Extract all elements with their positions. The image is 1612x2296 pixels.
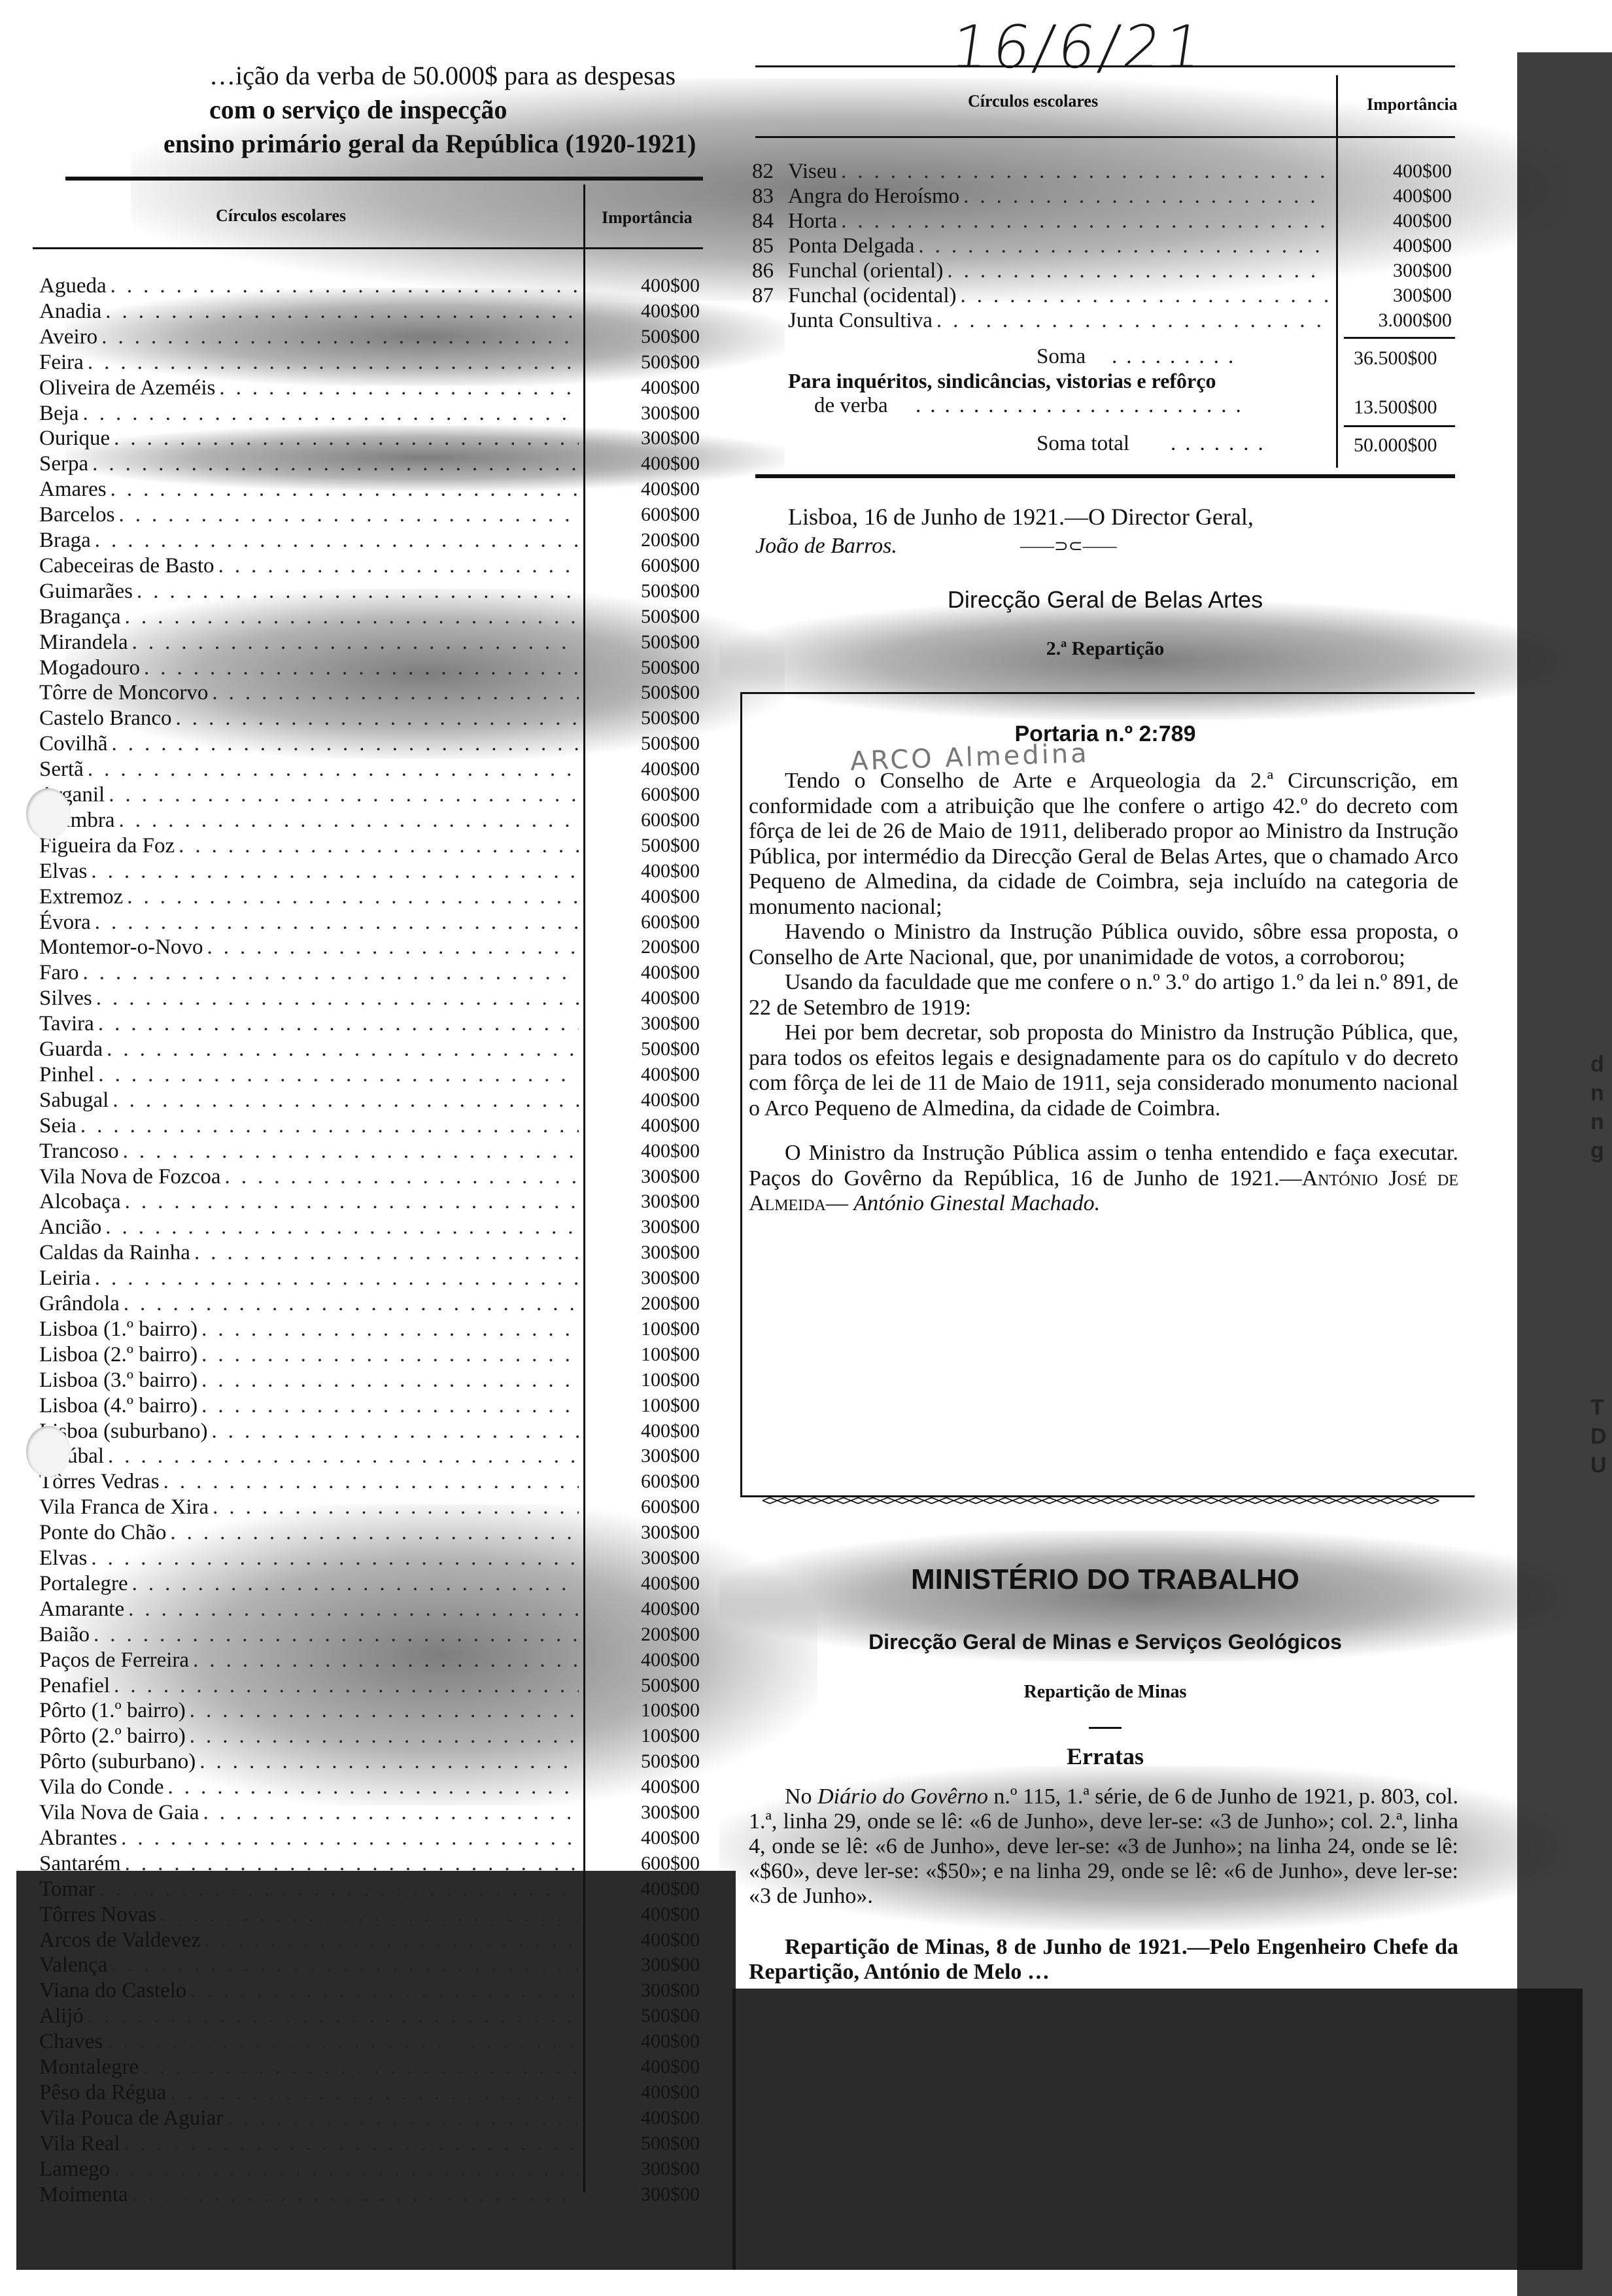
leader-dots: ........................................… xyxy=(107,1954,579,1976)
circle-name: Ponta Delgada xyxy=(788,235,914,257)
circle-amount: 400$00 xyxy=(608,1115,700,1137)
table-row: Castelo Branco..........................… xyxy=(39,707,579,729)
table-row: Penafiel................................… xyxy=(39,1675,579,1697)
leader-dots: ........................................… xyxy=(172,707,579,729)
circle-amount: 400$00 xyxy=(608,275,700,297)
table-row: Oliveira de Azeméis.....................… xyxy=(39,377,579,399)
circle-name: Vila Nova de Fozcoa xyxy=(39,1166,221,1188)
table-row: Agueda..................................… xyxy=(39,275,579,297)
circle-amount: 400$00 xyxy=(608,453,700,475)
punch-hole xyxy=(26,1426,71,1477)
table-row: Baião...................................… xyxy=(39,1624,579,1646)
circle-amount: 400$00 xyxy=(1360,235,1452,257)
table-row: 84Horta.................................… xyxy=(752,210,1328,232)
circle-amount: 300$00 xyxy=(608,1267,700,1289)
table-row: Abrantes................................… xyxy=(39,1827,579,1849)
circle-amount: 500$00 xyxy=(608,835,700,857)
leader-dots: ........................................… xyxy=(175,835,579,857)
circle-amount: 500$00 xyxy=(608,2132,700,2155)
circle-name: Pôrto (2.º bairro) xyxy=(39,1725,186,1747)
leader-dots: ........................................… xyxy=(110,427,579,449)
circle-amount: 400$00 xyxy=(1360,210,1452,232)
table-row: Lisboa (2.º bairro).....................… xyxy=(39,1344,579,1366)
leader-dots: ........................................… xyxy=(97,326,579,348)
circle-amount: 100$00 xyxy=(608,1369,700,1391)
circle-name: Castelo Branco xyxy=(39,707,172,729)
left-col-header-name: Círculos escolares xyxy=(216,206,346,226)
circle-amount: 400$00 xyxy=(608,1827,700,1849)
circle-amount: 300$00 xyxy=(608,2158,700,2180)
circle-amount: 500$00 xyxy=(608,1750,700,1773)
right-table-header-rule xyxy=(755,136,1455,138)
table-row: Cabeceiras de Basto.....................… xyxy=(39,555,579,577)
edge-letter: D xyxy=(1590,1422,1607,1451)
scan-dark-region xyxy=(1517,52,1612,2296)
belas-artes-subheading: 2.ª Repartição xyxy=(752,636,1458,662)
circle-name: Caldas da Rainha xyxy=(39,1242,190,1264)
circle-name: Faro xyxy=(39,962,79,984)
leader-dots: ........................................… xyxy=(128,1573,579,1595)
circle-number: 84 xyxy=(752,210,788,232)
circle-amount: 100$00 xyxy=(608,1318,700,1340)
leader-dots: ........................................… xyxy=(91,911,579,933)
table-row: Guimarães...............................… xyxy=(39,580,579,602)
circle-amount: 100$00 xyxy=(608,1395,700,1417)
leader-dots: ........................................… xyxy=(186,1979,579,2002)
circle-amount: 100$00 xyxy=(608,1699,700,1722)
leader-dots: ........................................… xyxy=(959,185,1328,207)
portaria-paragraph: Tendo o Conselho de Arte e Arqueologia d… xyxy=(749,769,1458,920)
circle-amount: 400$00 xyxy=(608,962,700,984)
circle-name: Mirandela xyxy=(39,631,128,653)
leader-dots: ........................................… xyxy=(117,1827,579,1849)
leader-dots: ........................................… xyxy=(221,1166,579,1188)
circle-amount: 500$00 xyxy=(608,707,700,729)
circle-amount: 300$00 xyxy=(608,1979,700,2002)
handwritten-date: 16/6/21 xyxy=(947,13,1211,82)
table-row: Setúbal.................................… xyxy=(39,1445,579,1467)
table-row: Tavira..................................… xyxy=(39,1013,579,1035)
table-row: Vila Real...............................… xyxy=(39,2132,579,2155)
leader-dots: ........................................… xyxy=(196,1750,579,1773)
leader-dots: ........................................… xyxy=(203,936,579,958)
table-row: Bragança................................… xyxy=(39,606,579,628)
circle-amount: 600$00 xyxy=(608,1470,700,1493)
circle-name: Agueda xyxy=(39,275,107,297)
circle-name: Feira xyxy=(39,351,84,374)
leader-dots: ........................................… xyxy=(166,2081,579,2104)
circle-name: Pinhel xyxy=(39,1064,94,1086)
circle-amount: 400$00 xyxy=(608,1904,700,1926)
table-row: Arcos de Valdevez.......................… xyxy=(39,1929,579,1951)
circle-amount: 400$00 xyxy=(608,1929,700,1951)
leader-dots: ........................................… xyxy=(105,784,579,806)
leader-dots: ........................................… xyxy=(197,1369,579,1391)
leader-dots: ........................................… xyxy=(114,504,579,526)
circle-amount: 300$00 xyxy=(1360,260,1452,282)
adjacent-page-fragments: T D U xyxy=(1590,1393,1607,1480)
soma-rule xyxy=(1344,337,1455,339)
circle-amount: 500$00 xyxy=(608,351,700,374)
table-row: Caldas da Rainha........................… xyxy=(39,1242,579,1264)
leader-dots: ........................................… xyxy=(109,1089,579,1111)
leader-dots: ........................................… xyxy=(84,758,579,780)
left-table-divider xyxy=(583,184,585,2193)
soma-label: Soma xyxy=(1037,343,1086,370)
circle-name: Barcelos xyxy=(39,504,114,526)
leader-dots: ........................................… xyxy=(208,1420,579,1442)
leader-dots: ........................................… xyxy=(199,1801,579,1824)
circle-name: Seia xyxy=(39,1115,77,1137)
circle-amount: 300$00 xyxy=(608,1013,700,1035)
table-row: Guarda..................................… xyxy=(39,1038,579,1060)
circle-name: Tavira xyxy=(39,1013,94,1035)
table-row: Montalegre..............................… xyxy=(39,2056,579,2078)
circle-name: Lisboa (3.º bairro) xyxy=(39,1369,197,1391)
circle-name: Amarante xyxy=(39,1598,124,1620)
circle-name: Bragança xyxy=(39,606,121,628)
table-row: Valença.................................… xyxy=(39,1954,579,1976)
leader-dots: ........................................… xyxy=(84,2005,579,2027)
circle-amount: 400$00 xyxy=(608,300,700,322)
circle-amount: 500$00 xyxy=(608,657,700,679)
leader-dots: ........................................… xyxy=(95,1878,579,1900)
extra-label-2: de verba xyxy=(814,392,888,419)
table-row: Chaves..................................… xyxy=(39,2030,579,2053)
circle-name: Cabeceiras de Basto xyxy=(39,555,214,577)
circle-amount: 300$00 xyxy=(608,1242,700,1264)
circle-amount: 300$00 xyxy=(608,1166,700,1188)
table-row: Ponte do Chão...........................… xyxy=(39,1522,579,1544)
circle-name: Alcobaça xyxy=(39,1191,121,1213)
leader-dots: ........................................… xyxy=(133,580,579,602)
circle-amount: 400$00 xyxy=(608,860,700,882)
circle-name: Paços de Ferreira xyxy=(39,1649,189,1671)
table-row: Lisboa (4.º bairro).....................… xyxy=(39,1395,579,1417)
table-row: Seia....................................… xyxy=(39,1115,579,1137)
leader-dots: ........................................… xyxy=(128,631,579,653)
leader-dots: ........................................… xyxy=(186,1725,579,1747)
circle-amount: 300$00 xyxy=(608,1522,700,1544)
leader-dots: ........................................… xyxy=(114,809,579,831)
total-value: 50.000$00 xyxy=(1354,432,1437,459)
circle-amount: 200$00 xyxy=(608,1624,700,1646)
circle-name: Funchal (oriental) xyxy=(788,260,943,282)
circle-amount: 400$00 xyxy=(608,1420,700,1442)
leader-dots: ........................................… xyxy=(120,1293,579,1315)
circle-name: Guimarães xyxy=(39,580,133,602)
table-row: Covilhã.................................… xyxy=(39,733,579,755)
table-row: Faro....................................… xyxy=(39,962,579,984)
leader-dots: ........................................… xyxy=(92,987,579,1009)
circle-name: Mogadouro xyxy=(39,657,140,679)
table-row: Pinhel..................................… xyxy=(39,1064,579,1086)
circle-amount: 500$00 xyxy=(608,326,700,348)
circle-name: Vila Pouca de Aguiar xyxy=(39,2107,223,2129)
circle-name: Lisboa (1.º bairro) xyxy=(39,1318,197,1340)
table-row: Elvas...................................… xyxy=(39,1547,579,1569)
circle-name: Covilhã xyxy=(39,733,108,755)
belas-artes-heading: Direcção Geral de Belas Artes xyxy=(752,587,1458,613)
circle-name: Trancoso xyxy=(39,1140,119,1162)
circle-name: Funchal (ocidental) xyxy=(788,285,957,307)
leader-dots: ........................................… xyxy=(214,555,579,577)
table-row: Amares..................................… xyxy=(39,478,579,500)
table-row: Tôrre de Moncorvo.......................… xyxy=(39,682,579,704)
leader-dots: ........................................… xyxy=(201,1929,579,1951)
extra-value: 13.500$00 xyxy=(1354,394,1437,421)
circle-amount: 400$00 xyxy=(608,1649,700,1671)
table-row: Silves..................................… xyxy=(39,987,579,1009)
left-table-title: …ição da verba de 50.000$ para as despes… xyxy=(163,59,713,161)
leader-dots: ........................................… xyxy=(107,275,579,297)
circle-name: Vila do Conde xyxy=(39,1776,164,1798)
circle-name: Extremoz xyxy=(39,886,123,908)
leader-dots: ........................................… xyxy=(121,606,579,628)
circle-amount: 400$00 xyxy=(608,1573,700,1595)
circle-number: 86 xyxy=(752,260,788,282)
left-col-header-value: Importância xyxy=(602,208,693,228)
circle-amount: 600$00 xyxy=(608,555,700,577)
circle-name: Abrantes xyxy=(39,1827,117,1849)
table-row: Alcobaça................................… xyxy=(39,1191,579,1213)
circle-amount: 300$00 xyxy=(608,1954,700,1976)
punch-hole xyxy=(26,788,71,839)
table-row: Vila Nova de Fozcoa.....................… xyxy=(39,1166,579,1188)
table-row: Viana do Castelo........................… xyxy=(39,1979,579,2002)
circle-name: Beja xyxy=(39,402,78,425)
circle-amount: 600$00 xyxy=(608,911,700,933)
leader-dots: ........................................… xyxy=(121,1852,579,1875)
circle-amount: 600$00 xyxy=(608,1496,700,1518)
circle-amount: 600$00 xyxy=(608,809,700,831)
circle-amount: 300$00 xyxy=(608,1801,700,1824)
table-row: Évora...................................… xyxy=(39,911,579,933)
circle-number: 83 xyxy=(752,185,788,207)
circle-name: Alijó xyxy=(39,2005,84,2027)
circle-amount: 400$00 xyxy=(608,2030,700,2053)
circle-name: Ancião xyxy=(39,1216,101,1238)
circle-amount: 400$00 xyxy=(608,758,700,780)
circle-name: Anadia xyxy=(39,300,101,322)
portaria-body: Tendo o Conselho de Arte e Arqueologia d… xyxy=(749,769,1458,1217)
leader-dots: ........................................… xyxy=(186,1699,579,1722)
table-row: Alijó...................................… xyxy=(39,2005,579,2027)
leader-dots: ........................................… xyxy=(101,1216,579,1238)
table-row: Leiria..................................… xyxy=(39,1267,579,1289)
circle-amount: 500$00 xyxy=(608,682,700,704)
circle-name: Ponte do Chão xyxy=(39,1522,166,1544)
table-row: Lisboa (3.º bairro).....................… xyxy=(39,1369,579,1391)
table-row: 82Viseu.................................… xyxy=(752,160,1328,183)
right-table-bottom-rule xyxy=(755,474,1455,478)
circle-amount: 300$00 xyxy=(608,427,700,449)
circle-name: Tomar xyxy=(39,1878,95,1900)
table-row: Junta Consultiva........................… xyxy=(752,309,1328,332)
circle-name: Tôrre de Moncorvo xyxy=(39,682,208,704)
circle-amount: 400$00 xyxy=(608,478,700,500)
table-row: Tôrres Vedras...........................… xyxy=(39,1470,579,1493)
circle-amount: 200$00 xyxy=(608,529,700,551)
circle-amount: 400$00 xyxy=(608,377,700,399)
table-row: 86Funchal (oriental)....................… xyxy=(752,260,1328,282)
leader-dots: ........................................… xyxy=(197,1395,579,1417)
table-row: Feira...................................… xyxy=(39,351,579,374)
circle-amount: 3.000$00 xyxy=(1360,309,1452,332)
portaria-title: Portaria n.º 2:789 xyxy=(752,721,1458,747)
circle-amount: 400$00 xyxy=(608,886,700,908)
leader-dots: ........................................… xyxy=(957,285,1328,307)
circle-name: Pôrto (1.º bairro) xyxy=(39,1699,186,1722)
ministry-heading: MINISTÉRIO DO TRABALHO xyxy=(752,1567,1458,1593)
errata-intro: No xyxy=(785,1784,817,1809)
table-row: Ancião..................................… xyxy=(39,1216,579,1238)
errata-body: No Diário do Govêrno n.º 115, 1.ª série,… xyxy=(749,1784,1458,1985)
portaria-paragraph: Hei por bem decretar, sob proposta do Mi… xyxy=(749,1020,1458,1121)
adjacent-page-fragments: d n n g xyxy=(1590,1050,1604,1165)
circle-amount: 500$00 xyxy=(608,606,700,628)
signoff-signature: João de Barros. xyxy=(755,533,897,559)
errata-signoff: Repartição de Minas, 8 de Junho de 1921.… xyxy=(749,1935,1458,1985)
leader-dots: ........................................… xyxy=(94,1013,579,1035)
erratas-heading: Erratas xyxy=(752,1743,1458,1769)
errata-paragraph: No Diário do Govêrno n.º 115, 1.ª série,… xyxy=(749,1784,1458,1909)
leader-dots: ........................................… xyxy=(160,1470,579,1493)
edge-letter: d xyxy=(1590,1050,1604,1079)
circle-name: Montalegre xyxy=(39,2056,139,2078)
circle-name: Valença xyxy=(39,1954,107,1976)
leader-dots: ........................................… xyxy=(164,1776,579,1798)
title-line-3: ensino primário geral da República (1920… xyxy=(163,127,713,161)
table-row: Sabugal.................................… xyxy=(39,1089,579,1111)
table-row: Barcelos................................… xyxy=(39,504,579,526)
leader-dots: ........................................… xyxy=(77,1115,579,1137)
circle-number: 87 xyxy=(752,285,788,307)
circle-name: Chaves xyxy=(39,2030,103,2053)
circle-name: Elvas xyxy=(39,1547,87,1569)
table-row: Lamego..................................… xyxy=(39,2158,579,2180)
circle-name: Vila Real xyxy=(39,2132,120,2155)
table-row: Mirandela...............................… xyxy=(39,631,579,653)
circle-name: Grândola xyxy=(39,1293,120,1315)
circle-amount: 300$00 xyxy=(608,1547,700,1569)
circle-name: Figueira da Foz xyxy=(39,835,175,857)
leader-dots: ........................................… xyxy=(110,2158,579,2180)
leader-dots: ........................................… xyxy=(128,2183,579,2206)
portaria-closing: O Ministro da Instrução Pública assim o … xyxy=(749,1141,1458,1217)
leader-dots: ........................................… xyxy=(933,309,1328,332)
circle-name: Vila Nova de Gaia xyxy=(39,1801,199,1824)
leader-dots: ........................................… xyxy=(123,886,579,908)
ornamental-divider: <><><><><><><><><><><><><><><><><><><><>… xyxy=(762,1495,1449,1508)
leader-dots: ........................................… xyxy=(91,1267,579,1289)
leader-dots: ........................................… xyxy=(914,235,1328,257)
table-row: Elvas...................................… xyxy=(39,860,579,882)
repartition-heading: Repartição de Minas xyxy=(752,1679,1458,1705)
left-table-header-rule xyxy=(33,247,703,249)
scan-dark-region xyxy=(732,1989,1583,2270)
circle-name: Elvas xyxy=(39,860,87,882)
circle-amount: 600$00 xyxy=(608,1852,700,1875)
leader-dots: ........................................… xyxy=(87,1547,579,1569)
circle-amount: 200$00 xyxy=(608,1293,700,1315)
table-row: Tomar...................................… xyxy=(39,1878,579,1900)
leader-dots: ........................................… xyxy=(121,1191,579,1213)
circle-amount: 300$00 xyxy=(608,1445,700,1467)
leader-dots: ........................................… xyxy=(101,300,579,322)
errata-journal: Diário do Govêrno xyxy=(817,1784,988,1809)
edge-letter: n xyxy=(1590,1079,1604,1107)
circle-amount: 200$00 xyxy=(608,936,700,958)
circle-name: Silves xyxy=(39,987,92,1009)
leader-dots: ........................................… xyxy=(110,1675,579,1697)
circle-name: Viseu xyxy=(788,160,837,183)
circle-name: Montemor-o-Novo xyxy=(39,936,203,958)
table-row: Vila Pouca de Aguiar....................… xyxy=(39,2107,579,2129)
table-row: Ourique.................................… xyxy=(39,427,579,449)
leader-dots: ........................................… xyxy=(208,682,579,704)
circle-name: Braga xyxy=(39,529,91,551)
table-row: Trancoso................................… xyxy=(39,1140,579,1162)
table-row: Pôrto (2.º bairro)......................… xyxy=(39,1725,579,1747)
table-row: Sertã...................................… xyxy=(39,758,579,780)
circle-name: Angra do Heroísmo xyxy=(788,185,959,207)
leader-dots: ........................................… xyxy=(223,2107,579,2129)
soma-dots: ......... xyxy=(1112,343,1243,370)
leader-dots: ........................................… xyxy=(215,377,579,399)
leader-dots: ........................................… xyxy=(90,1624,579,1646)
circle-name: Leiria xyxy=(39,1267,91,1289)
leader-dots: ........................................… xyxy=(140,657,579,679)
leader-dots: ........................................… xyxy=(190,1242,579,1264)
table-row: Braga...................................… xyxy=(39,529,579,551)
right-table-divider xyxy=(1336,75,1338,468)
circle-name: Lamego xyxy=(39,2158,110,2180)
table-row: Beja....................................… xyxy=(39,402,579,425)
circle-amount: 300$00 xyxy=(1360,285,1452,307)
circle-name: Serpa xyxy=(39,453,88,475)
leader-dots: ........................................… xyxy=(197,1344,579,1366)
extra-dots: ....................... xyxy=(916,392,1250,419)
total-rule xyxy=(1344,425,1455,427)
leader-dots: ........................................… xyxy=(837,210,1328,232)
closing-cosigner: António Ginestal Machado. xyxy=(853,1191,1100,1215)
circle-number: 82 xyxy=(752,160,788,183)
table-row: Tôrres Novas............................… xyxy=(39,1904,579,1926)
leader-dots: ........................................… xyxy=(124,1598,579,1620)
table-row: Anadia..................................… xyxy=(39,300,579,322)
edge-letter: U xyxy=(1590,1451,1607,1480)
circle-name: Évora xyxy=(39,911,91,933)
circle-amount: 500$00 xyxy=(608,1675,700,1697)
circle-name: Junta Consultiva xyxy=(788,309,933,332)
circle-name: Pôrto (suburbano) xyxy=(39,1750,196,1773)
circle-amount: 400$00 xyxy=(608,1598,700,1620)
leader-dots: ........................................… xyxy=(79,962,579,984)
leader-dots: ........................................… xyxy=(108,733,579,755)
portaria-paragraph: Havendo o Ministro da Instrução Pública … xyxy=(749,920,1458,970)
total-label: Soma total xyxy=(1037,430,1129,457)
circle-name: Horta xyxy=(788,210,837,232)
circle-amount: 100$00 xyxy=(608,1344,700,1366)
circle-name: Baião xyxy=(39,1624,90,1646)
right-col-header-value: Importância xyxy=(1367,95,1458,114)
table-row: Pôrto (suburbano).......................… xyxy=(39,1750,579,1773)
leader-dots: ........................................… xyxy=(943,260,1328,282)
table-row: Pêso da Régua...........................… xyxy=(39,2081,579,2104)
total-dots: ....... xyxy=(1171,430,1273,457)
circle-amount: 400$00 xyxy=(1360,185,1452,207)
